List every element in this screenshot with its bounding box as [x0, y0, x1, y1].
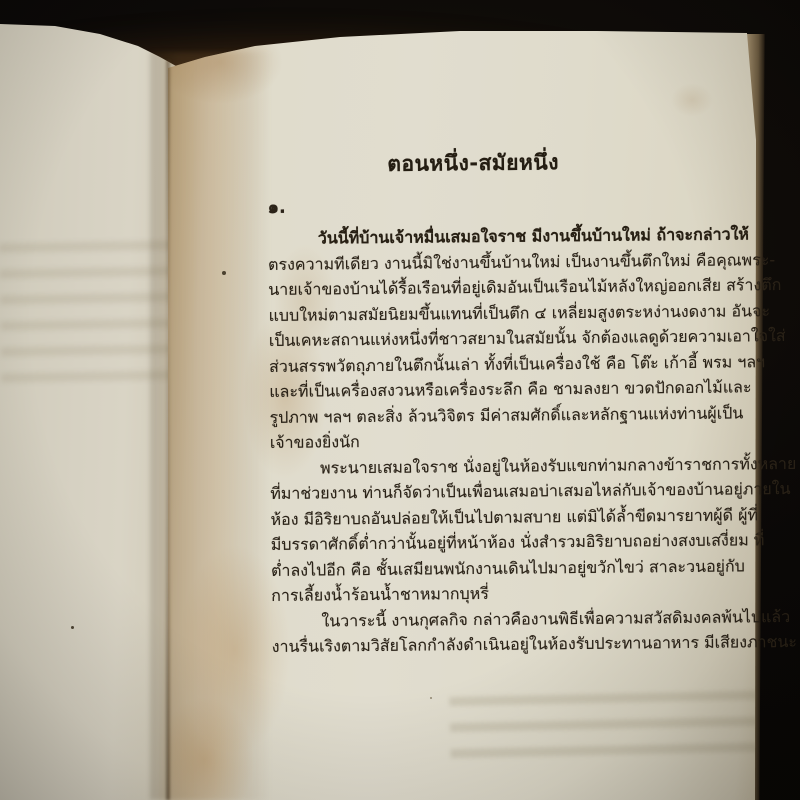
text-line: เจ้าของยิ่งนัก	[270, 426, 682, 455]
text-line: วันนี้ที่บ้านเจ้าหมื่นเสมอใจราช มีงานขึ้…	[268, 222, 680, 251]
show-through-text	[449, 689, 800, 767]
text-line: ต่ำลงไปอีก คือ ชั้นเสมียนพนักงานเดินไปมา…	[271, 554, 683, 583]
text-line: รูปภาพ ฯลฯ ตละสิ่ง ล้วนวิจิตร มีค่าสมศัก…	[269, 401, 681, 430]
paper-speck	[430, 697, 432, 699]
text-line: การเลี้ยงน้ำร้อนน้ำชาหมากบุหรี่	[271, 579, 683, 608]
gutter-crease	[166, 60, 170, 800]
paper-speck	[222, 271, 226, 275]
text-line: พระนายเสมอใจราช นั่งอยู่ในห้องรับแขกท่าม…	[270, 452, 682, 481]
section-number: ๑.	[267, 192, 679, 219]
text-line: ที่มาช่วยงาน ท่านก็จัดว่าเป็นเพื่อนเสมอบ…	[270, 477, 682, 506]
text-line: ส่วนสรรพวัตถุภายในตึกนั้นเล่า ทั้งที่เป็…	[269, 350, 681, 379]
text-line: แบบใหม่ตามสมัยนิยมขึ้นแทนที่เป็นตึก ๔ เห…	[268, 299, 680, 328]
text-line: มีบรรดาศักดิ์ต่ำกว่านั้นอยู่ที่หน้าห้อง …	[271, 528, 683, 557]
text-line: ในวาระนี้ งานกุศลกิจ กล่าวคืองานพิธีเพื่…	[271, 605, 683, 634]
page-text: ตอนหนึ่ง-สมัยหนึ่ง ๑. วันนี้ที่บ้านเจ้าห…	[267, 148, 684, 659]
text-line: และที่เป็นเครื่องสงวนหรือเครื่องระลึก คื…	[269, 375, 681, 404]
text-line: ห้อง มีอิริยาบถอันปล่อยให้เป็นไปตามสบาย …	[270, 503, 682, 532]
text-line: ตรงความทีเดียว งานนี้มิใช่งานขึ้นบ้านใหม…	[268, 248, 680, 277]
body-text: วันนี้ที่บ้านเจ้าหมื่นเสมอใจราช มีงานขึ้…	[268, 222, 684, 659]
text-line: งานรื่นเริงตามวิสัยโลกกำลังดำเนินอยู่ในห…	[272, 630, 684, 659]
text-line: เป็นเคหะสถานแห่งหนึ่งที่ชาวสยามในสมัยนั้…	[269, 324, 681, 353]
chapter-title: ตอนหนึ่ง-สมัยหนึ่ง	[267, 148, 679, 178]
book-photo: ตอนหนึ่ง-สมัยหนึ่ง ๑. วันนี้ที่บ้านเจ้าห…	[0, 0, 800, 800]
paper-speck	[71, 626, 74, 629]
text-line: นายเจ้าของบ้านได้รื้อเรือนที่อยู่เดิมอัน…	[268, 273, 680, 302]
